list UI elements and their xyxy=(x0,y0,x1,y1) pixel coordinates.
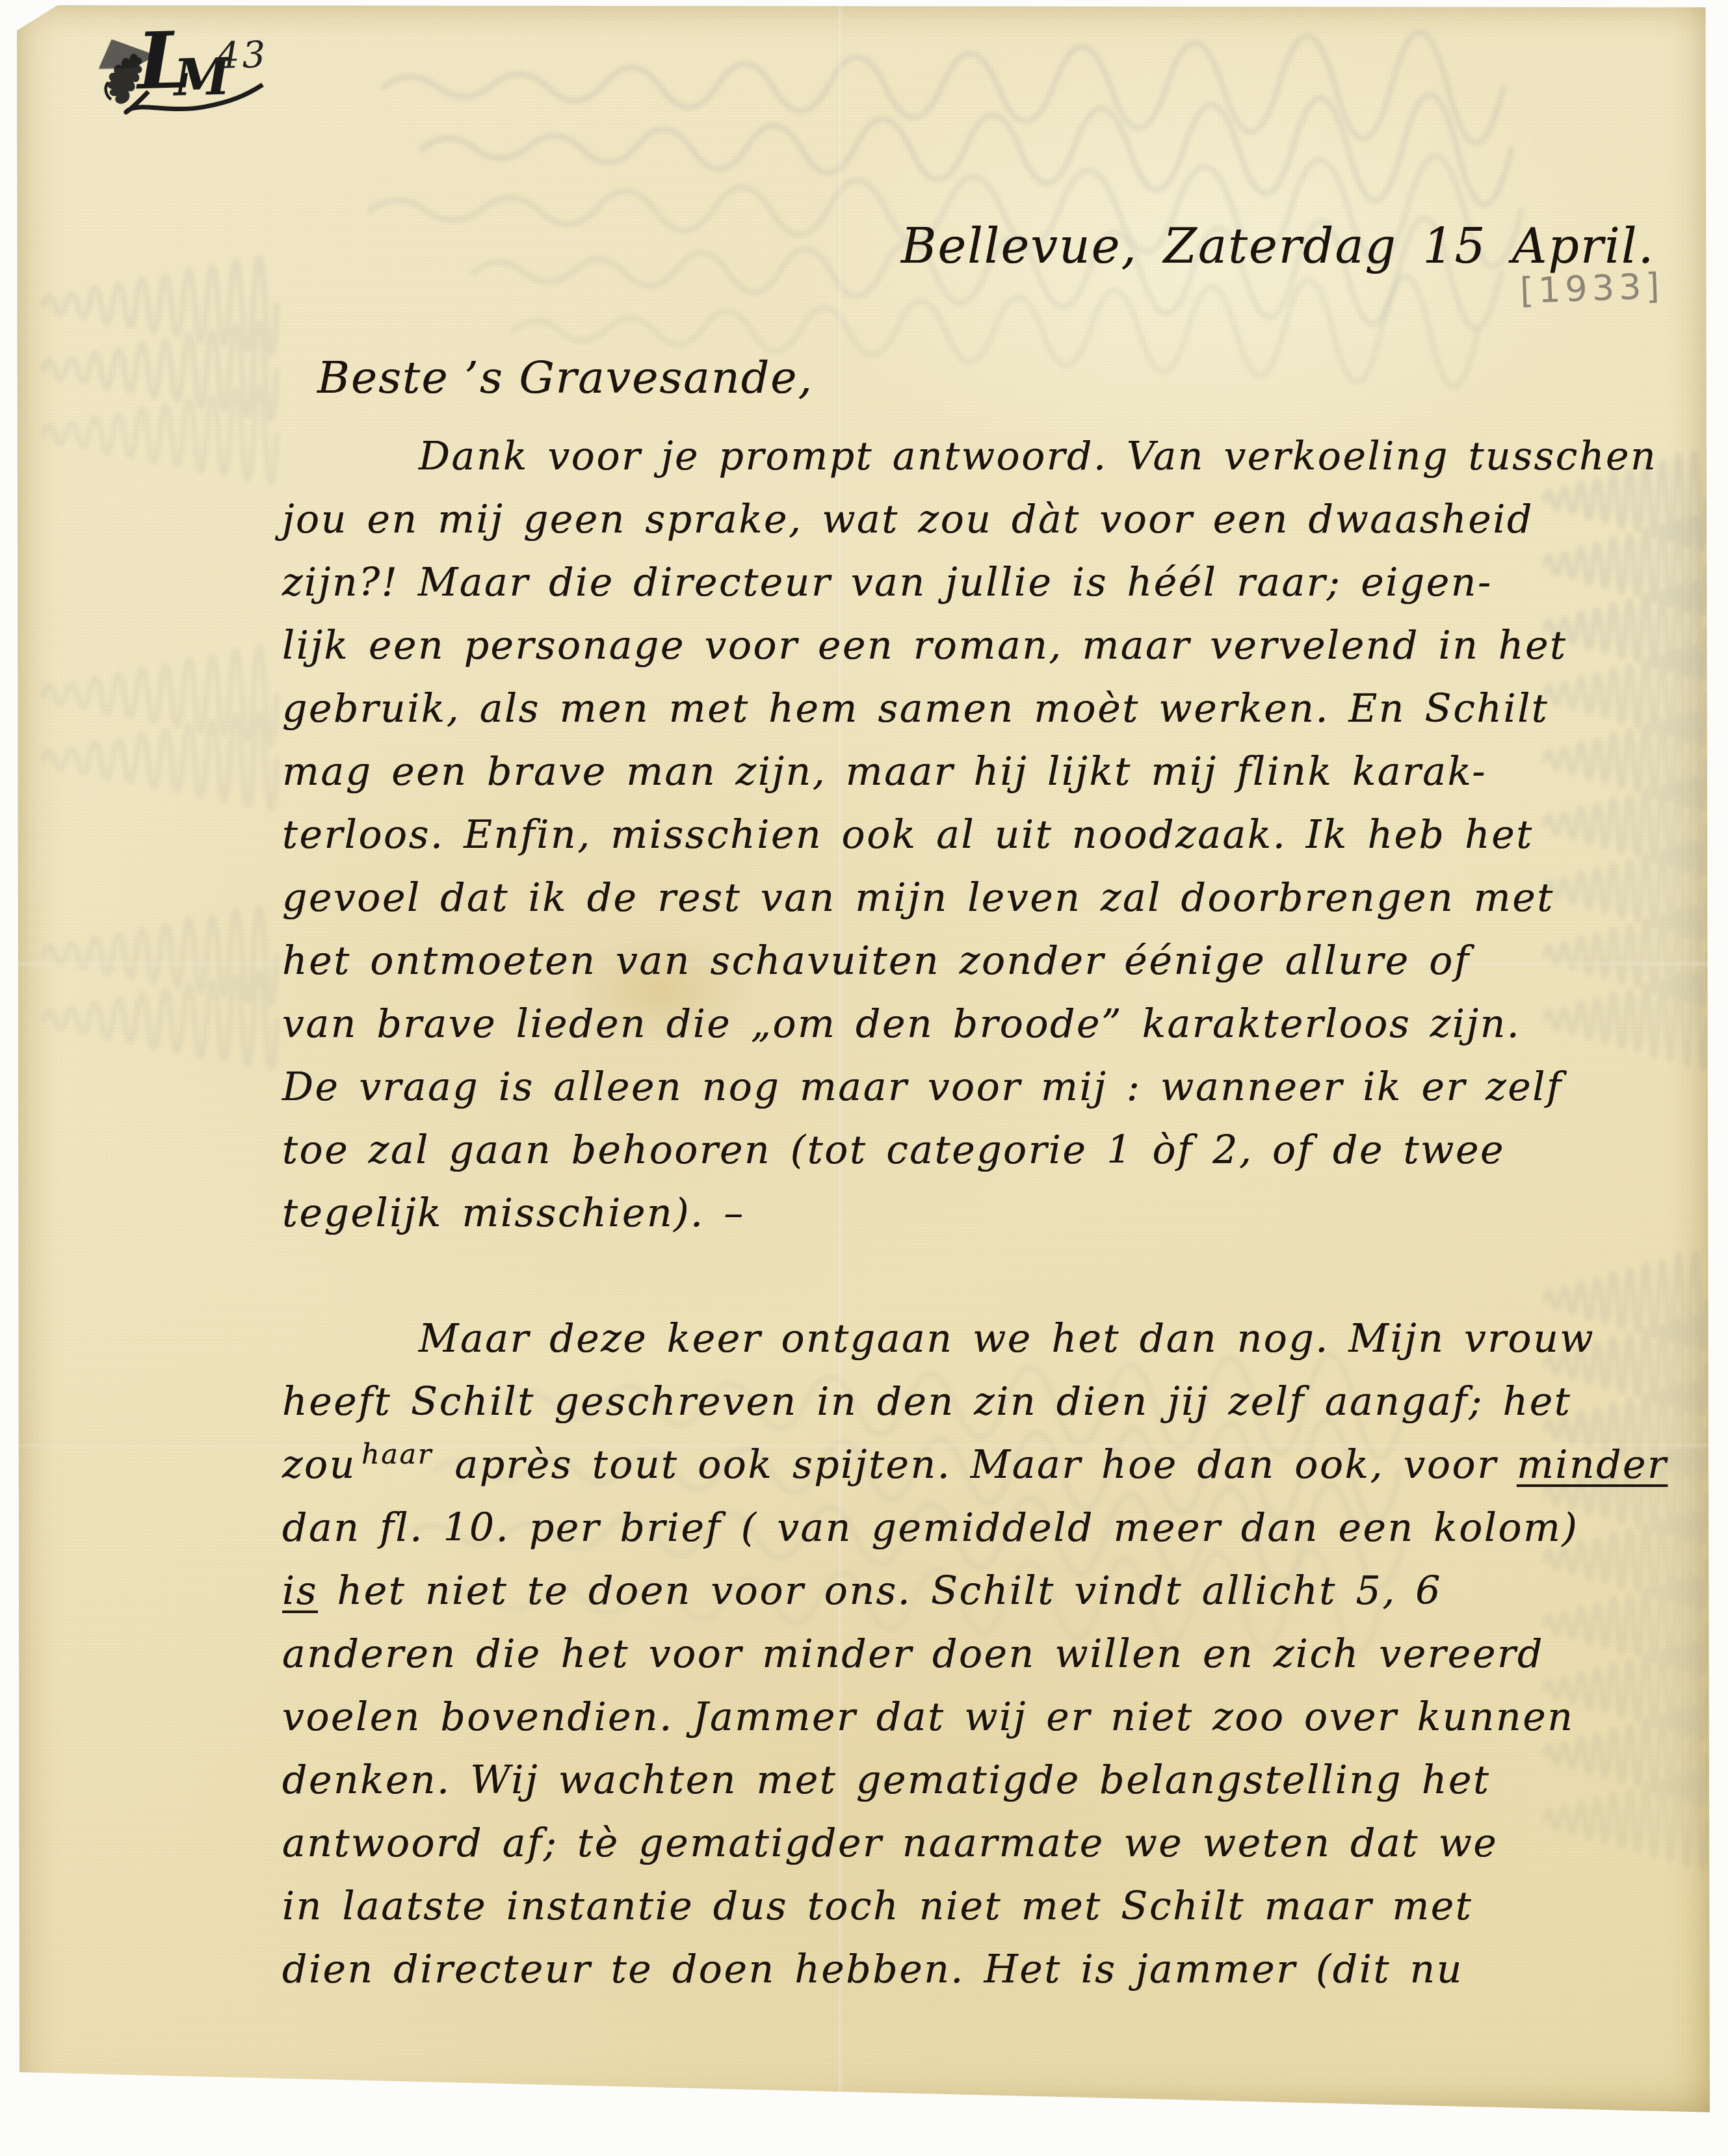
handwritten-line: gevoel dat ik de rest van mijn leven zal… xyxy=(282,867,1673,930)
stamp-swash xyxy=(118,79,268,120)
underlined-word: is xyxy=(282,1568,318,1614)
salutation: Beste ’s Gravesande, xyxy=(317,352,813,404)
handwritten-line: anderen die het voor minder doen willen … xyxy=(282,1623,1673,1686)
letter-paper: L M 43 Bellevue, Zaterdag 15 April. [193… xyxy=(17,5,1710,2114)
underlined-word: minder xyxy=(1517,1442,1668,1488)
text-segment: tegelijk misschien). – xyxy=(282,1190,745,1236)
text-segment: denken. Wij wachten met gematigde belang… xyxy=(282,1757,1491,1803)
collection-stamp: L M 43 xyxy=(81,28,356,146)
paragraph-2: Maar deze keer ontgaan we het dan nog. M… xyxy=(282,1308,1673,2001)
text-segment: zou xyxy=(282,1442,356,1488)
handwritten-line: zouhaar après tout ook spijten. Maar hoe… xyxy=(282,1434,1673,1497)
handwritten-line: denken. Wij wachten met gematigde belang… xyxy=(282,1749,1673,1812)
text-segment: Dank voor je prompt antwoord. Van verkoe… xyxy=(419,434,1657,479)
text-segment: jou en mij geen sprake, wat zou dàt voor… xyxy=(282,497,1534,542)
text-segment: van brave lieden die „om den broode” kar… xyxy=(282,1001,1521,1047)
text-segment: mag een brave man zijn, maar hij lijkt m… xyxy=(282,749,1487,795)
letter-body: Dank voor je prompt antwoord. Van verkoe… xyxy=(282,425,1673,2001)
text-segment: het niet te doen voor ons. Schilt vindt … xyxy=(318,1568,1442,1614)
handwritten-line: toe zal gaan behooren (tot categorie 1 ò… xyxy=(282,1119,1673,1182)
handwritten-line: heeft Schilt geschreven in den zin dien … xyxy=(282,1371,1673,1434)
handwritten-line: van brave lieden die „om den broode” kar… xyxy=(282,993,1673,1056)
text-segment: in laatste instantie dus toch niet met S… xyxy=(282,1884,1473,1929)
handwritten-line: De vraag is alleen nog maar voor mij : w… xyxy=(282,1056,1673,1119)
scan-background: L M 43 Bellevue, Zaterdag 15 April. [193… xyxy=(0,0,1728,2156)
text-segment: dien directeur te doen hebben. Het is ja… xyxy=(282,1947,1463,1992)
handwritten-line: zijn?! Maar die directeur van jullie is … xyxy=(282,551,1673,614)
handwritten-line: tegelijk misschien). – xyxy=(282,1182,1673,1245)
text-segment: après tout ook spijten. Maar hoe dan ook… xyxy=(436,1442,1517,1488)
text-segment: dan fl. 10. per brief ( van gemiddeld me… xyxy=(282,1505,1578,1551)
year-annotation: [1933] xyxy=(1519,265,1665,311)
handwritten-line: is het niet te doen voor ons. Schilt vin… xyxy=(282,1560,1673,1623)
text-segment: zijn?! Maar die directeur van jullie is … xyxy=(282,560,1493,605)
handwritten-line: dan fl. 10. per brief ( van gemiddeld me… xyxy=(282,1497,1673,1560)
handwritten-line: mag een brave man zijn, maar hij lijkt m… xyxy=(282,741,1673,804)
dateline: Bellevue, Zaterdag 15 April. xyxy=(901,218,1655,274)
text-segment: toe zal gaan behooren (tot categorie 1 ò… xyxy=(282,1127,1505,1173)
handwritten-line: het ontmoeten van schavuiten zonder ééni… xyxy=(282,930,1673,993)
handwritten-line: Dank voor je prompt antwoord. Van verkoe… xyxy=(282,425,1673,488)
interlinear-insertion: haar xyxy=(361,1423,433,1486)
handwritten-line: terloos. Enfin, misschien ook al uit noo… xyxy=(282,804,1673,867)
handwritten-line: voelen bovendien. Jammer dat wij er niet… xyxy=(282,1686,1673,1749)
text-segment: voelen bovendien. Jammer dat wij er niet… xyxy=(282,1694,1574,1740)
text-segment: anderen die het voor minder doen willen … xyxy=(282,1631,1544,1677)
text-segment: heeft Schilt geschreven in den zin dien … xyxy=(282,1379,1571,1425)
handwritten-line: in laatste instantie dus toch niet met S… xyxy=(282,1875,1673,1938)
handwritten-line: dien directeur te doen hebben. Het is ja… xyxy=(282,1938,1673,2001)
text-segment: het ontmoeten van schavuiten zonder ééni… xyxy=(282,938,1471,984)
text-segment: De vraag is alleen nog maar voor mij : w… xyxy=(282,1064,1563,1110)
text-segment: antwoord af; tè gematigder naarmate we w… xyxy=(282,1821,1498,1866)
handwritten-line: Maar deze keer ontgaan we het dan nog. M… xyxy=(282,1308,1673,1371)
text-segment: lijk een personage voor een roman, maar … xyxy=(282,623,1567,668)
handwritten-line: jou en mij geen sprake, wat zou dàt voor… xyxy=(282,488,1673,551)
text-segment: Maar deze keer ontgaan we het dan nog. M… xyxy=(419,1316,1595,1361)
text-segment: gevoel dat ik de rest van mijn leven zal… xyxy=(282,875,1554,921)
handwritten-line: antwoord af; tè gematigder naarmate we w… xyxy=(282,1812,1673,1875)
handwritten-line: lijk een personage voor een roman, maar … xyxy=(282,614,1673,677)
text-segment: gebruik, als men met hem samen moèt werk… xyxy=(282,686,1549,731)
handwritten-line: gebruik, als men met hem samen moèt werk… xyxy=(282,677,1673,741)
stamp-number: 43 xyxy=(216,34,268,77)
paragraph-1: Dank voor je prompt antwoord. Van verkoe… xyxy=(282,425,1673,1245)
text-segment: terloos. Enfin, misschien ook al uit noo… xyxy=(282,812,1534,858)
